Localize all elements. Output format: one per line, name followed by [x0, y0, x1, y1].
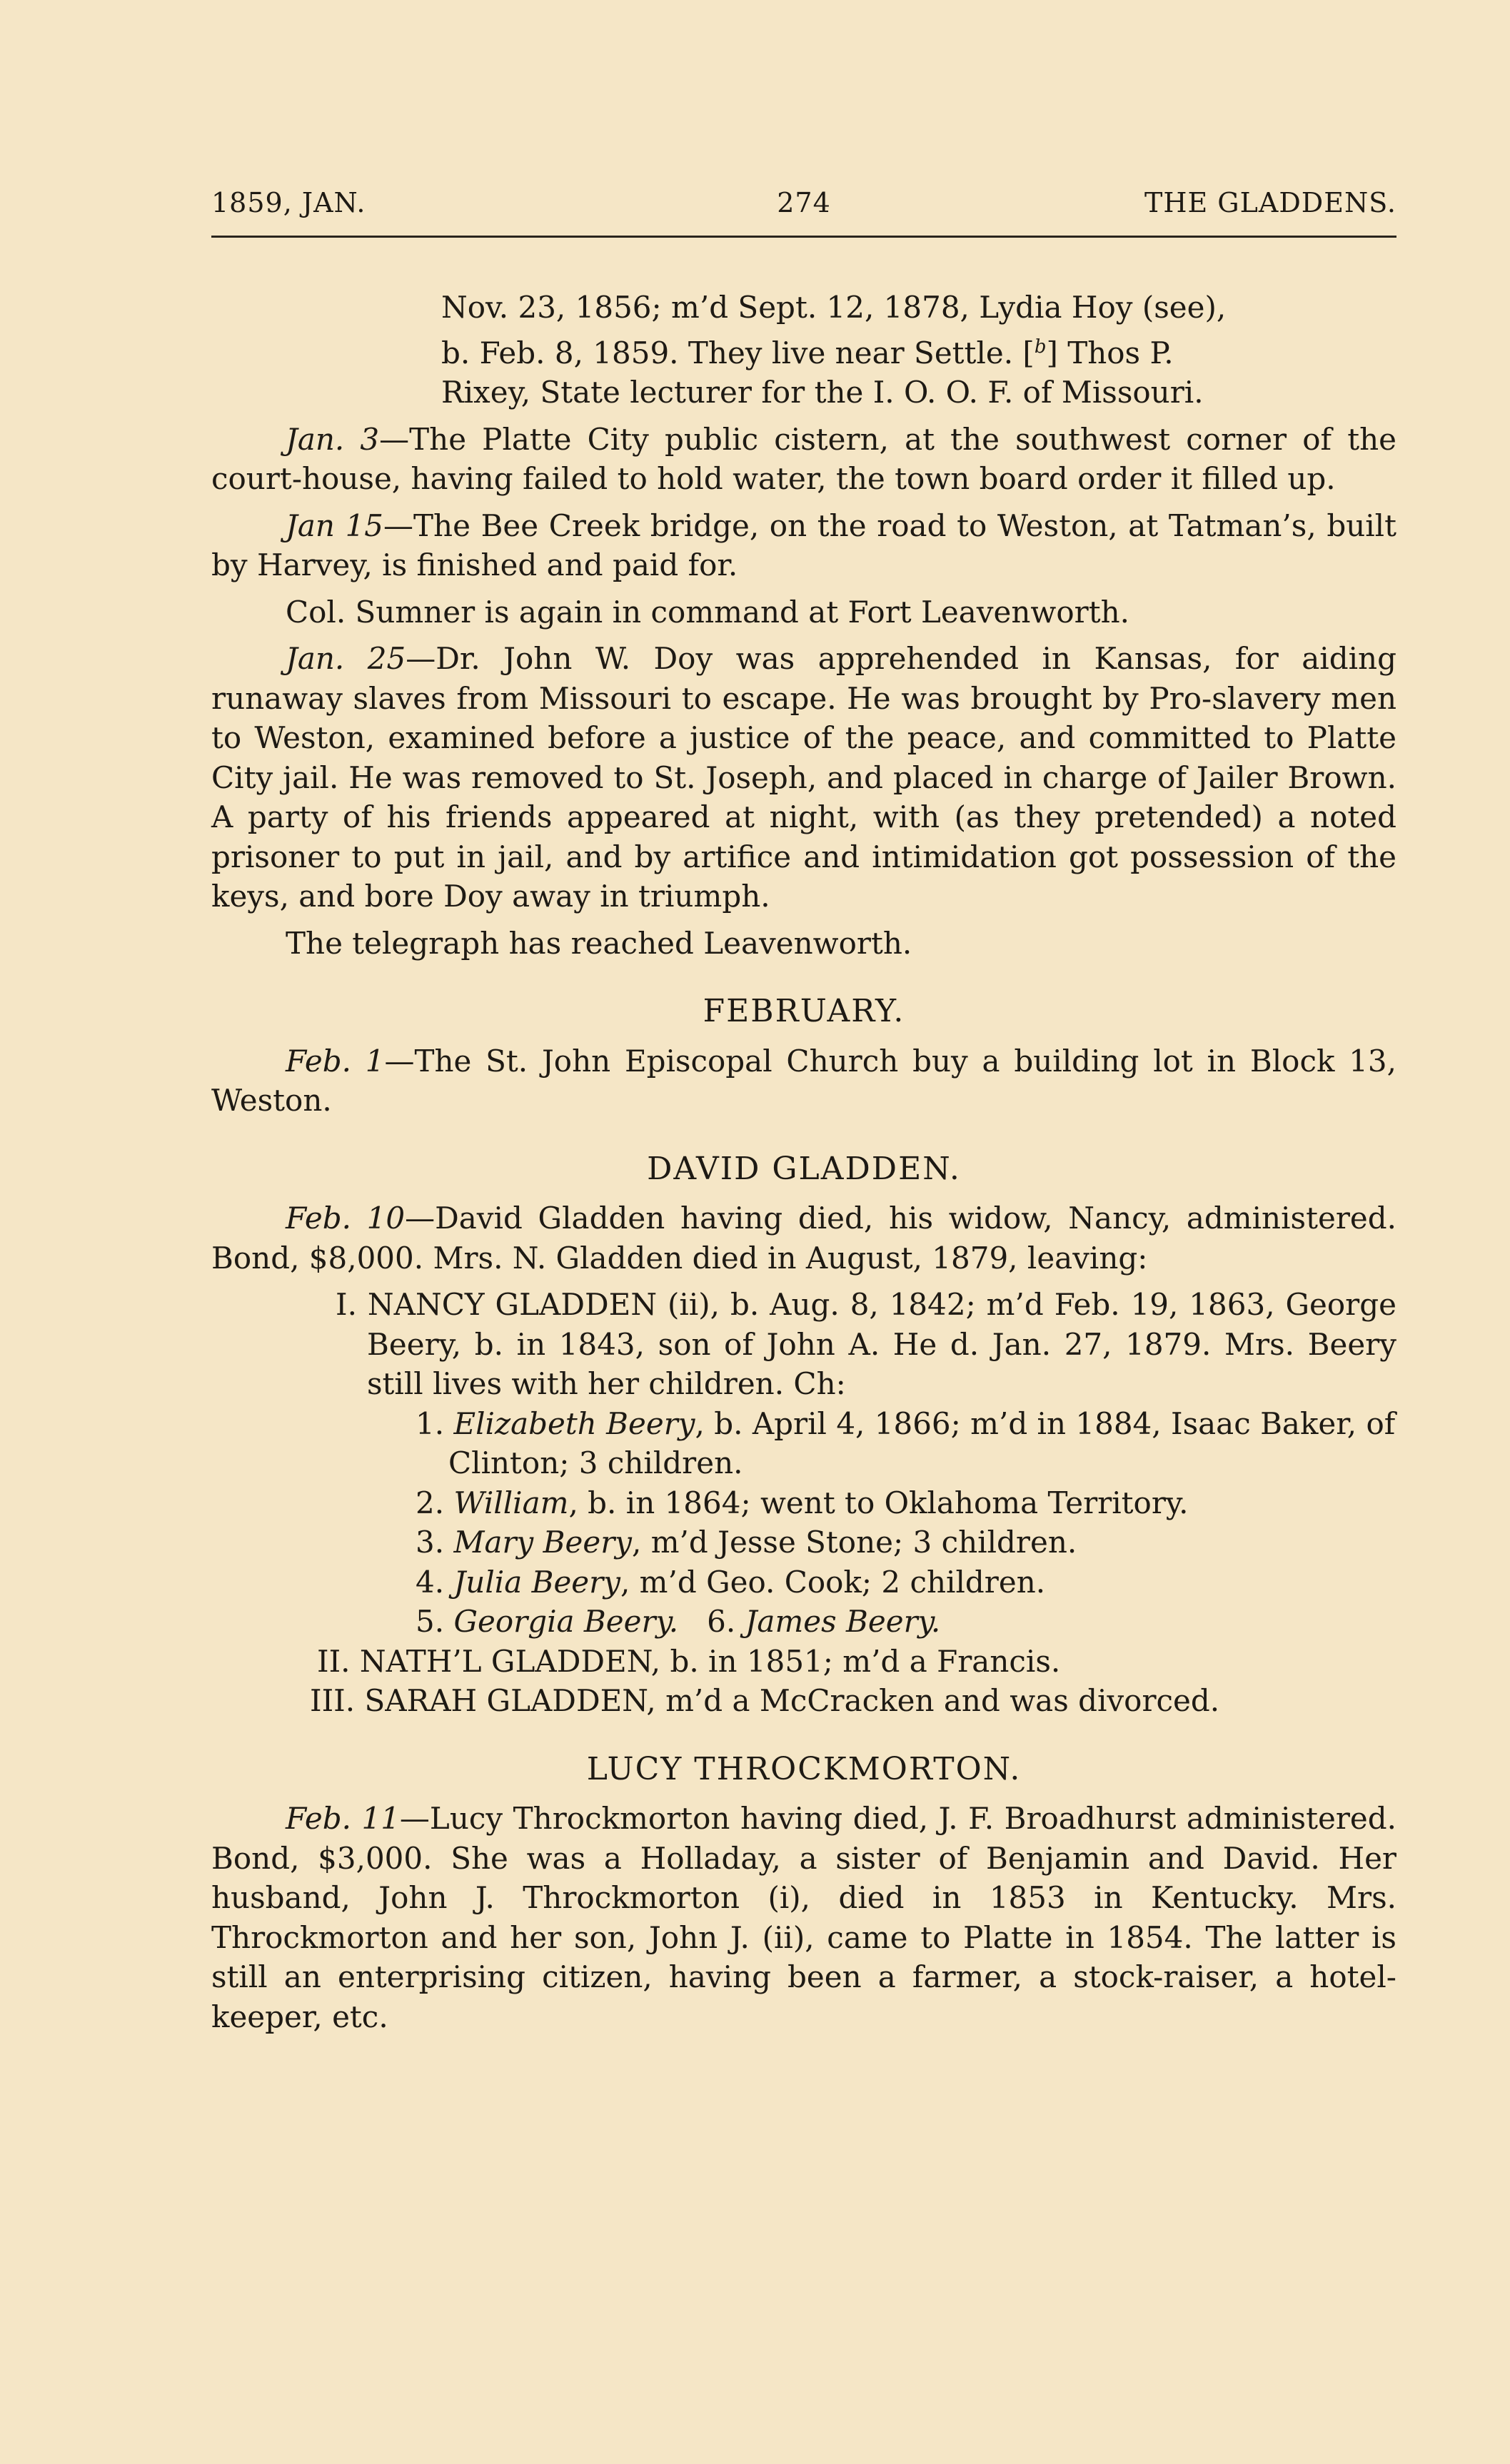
entry-date: Feb. 1 — [286, 1044, 384, 1079]
grandchild-name: Julia Beery — [453, 1565, 620, 1600]
entry-feb-11: Feb. 11—Lucy Throckmorton having died, J… — [211, 1799, 1396, 2036]
grandchild-name: William — [453, 1485, 568, 1520]
entry-date: Jan. 25 — [286, 641, 406, 676]
entry-text: —The Bee Creek bridge, on the road to We… — [211, 508, 1396, 583]
entry-text: —Dr. John W. Doy was apprehended in Kans… — [211, 641, 1396, 914]
continuation-line: Rixey, State lecturer for the I. O. O. F… — [211, 373, 1396, 413]
entry-feb-10: Feb. 10—David Gladden having died, his w… — [211, 1198, 1396, 1278]
entry-date: Jan. 3 — [286, 422, 379, 457]
entry-telegraph: The telegraph has reached Leavenworth. — [211, 924, 1396, 964]
continuation-line: Nov. 23, 1856; m’d Sept. 12, 1878, Lydia… — [211, 288, 1396, 328]
grandchild-number: 6. — [678, 1604, 745, 1639]
continuation-text: ] Thos P. — [1046, 335, 1173, 370]
grandchild-name: Georgia Beery. — [453, 1604, 678, 1639]
entry-text: The telegraph has reached Leavenworth. — [286, 926, 912, 961]
running-head: 1859, JAN. 274 THE GLADDENS. — [211, 187, 1396, 223]
grandchild-name: James Beery. — [745, 1604, 941, 1639]
section-heading-february: FEBRUARY. — [211, 991, 1396, 1031]
child-numeral: II. — [317, 1644, 351, 1679]
continuation-text: b. Feb. 8, 1859. They live near Settle. … — [441, 335, 1035, 370]
entry-text: —The Platte City public cistern, at the … — [211, 422, 1396, 497]
child-text: , m’d a McCracken and was divorced. — [646, 1683, 1219, 1718]
entry-feb-1: Feb. 1—The St. John Episcopal Church buy… — [211, 1041, 1396, 1121]
continuation-text: Rixey, State lecturer for the I. O. O. F… — [441, 375, 1204, 410]
continuation-text: Nov. 23, 1856; m’d Sept. 12, 1878, Lydia… — [441, 290, 1226, 325]
section-heading-lucy-throckmorton: LUCY THROCKMORTON. — [211, 1749, 1396, 1789]
child-sarah-gladden: III. SARAH GLADDEN, m’d a McCracken and … — [211, 1681, 1396, 1721]
grandchild-number: 1. — [416, 1406, 444, 1441]
child-numeral: I. — [336, 1287, 357, 1322]
entry-date: Feb. 10 — [286, 1201, 405, 1236]
child-name: NANCY GLADDEN — [368, 1287, 657, 1322]
entry-text: Col. Sumner is again in command at Fort … — [286, 595, 1129, 630]
running-head-title: THE GLADDENS. — [1144, 187, 1396, 218]
header-rule — [211, 236, 1396, 238]
grandchild-item: 5. Georgia Beery. 6. James Beery. — [211, 1602, 1396, 1642]
section-heading-david-gladden: DAVID GLADDEN. — [211, 1149, 1396, 1189]
grandchild-name: Elizabeth Beery — [453, 1406, 695, 1441]
entry-date: Jan 15 — [286, 508, 383, 543]
child-nancy-gladden: I. NANCY GLADDEN (ii), b. Aug. 8, 1842; … — [211, 1285, 1396, 1404]
child-name: NATH’L GLADDEN — [360, 1644, 651, 1679]
grandchild-number: 4. — [416, 1565, 444, 1600]
continuation-line: b. Feb. 8, 1859. They live near Settle. … — [211, 328, 1396, 373]
entry-text: —The St. John Episcopal Church buy a bui… — [211, 1044, 1396, 1119]
grandchild-text: , b. in 1864; went to Oklahoma Territory… — [568, 1485, 1188, 1520]
grandchild-item: 2. William, b. in 1864; went to Oklahoma… — [211, 1483, 1396, 1523]
entry-jan-3: Jan. 3—The Platte City public cistern, a… — [211, 420, 1396, 499]
child-text: , b. in 1851; m’d a Francis. — [651, 1644, 1060, 1679]
grandchild-item: 4. Julia Beery, m’d Geo. Cook; 2 childre… — [211, 1562, 1396, 1602]
grandchild-text: , m’d Jesse Stone; 3 children. — [632, 1525, 1077, 1560]
child-nathl-gladden: II. NATH’L GLADDEN, b. in 1851; m’d a Fr… — [211, 1642, 1396, 1682]
child-numeral: III. — [310, 1683, 355, 1718]
grandchild-number: 5. — [416, 1604, 444, 1639]
grandchild-number: 3. — [416, 1525, 444, 1560]
page-body: Nov. 23, 1856; m’d Sept. 12, 1878, Lydia… — [211, 288, 1396, 2036]
entry-date: Feb. 11 — [286, 1801, 400, 1836]
child-name: SARAH GLADDEN — [364, 1683, 646, 1718]
entry-col-sumner: Col. Sumner is again in command at Fort … — [211, 592, 1396, 632]
grandchild-item: 1. Elizabeth Beery, b. April 4, 1866; m’… — [211, 1404, 1396, 1483]
entry-jan-15: Jan 15—The Bee Creek bridge, on the road… — [211, 506, 1396, 585]
entry-jan-25: Jan. 25—Dr. John W. Doy was apprehended … — [211, 639, 1396, 917]
grandchild-name: Mary Beery — [453, 1525, 632, 1560]
footnote-mark: b — [1035, 336, 1047, 358]
grandchild-text: , m’d Geo. Cook; 2 children. — [620, 1565, 1045, 1600]
grandchild-item: 3. Mary Beery, m’d Jesse Stone; 3 childr… — [211, 1523, 1396, 1562]
grandchild-number: 2. — [416, 1485, 444, 1520]
